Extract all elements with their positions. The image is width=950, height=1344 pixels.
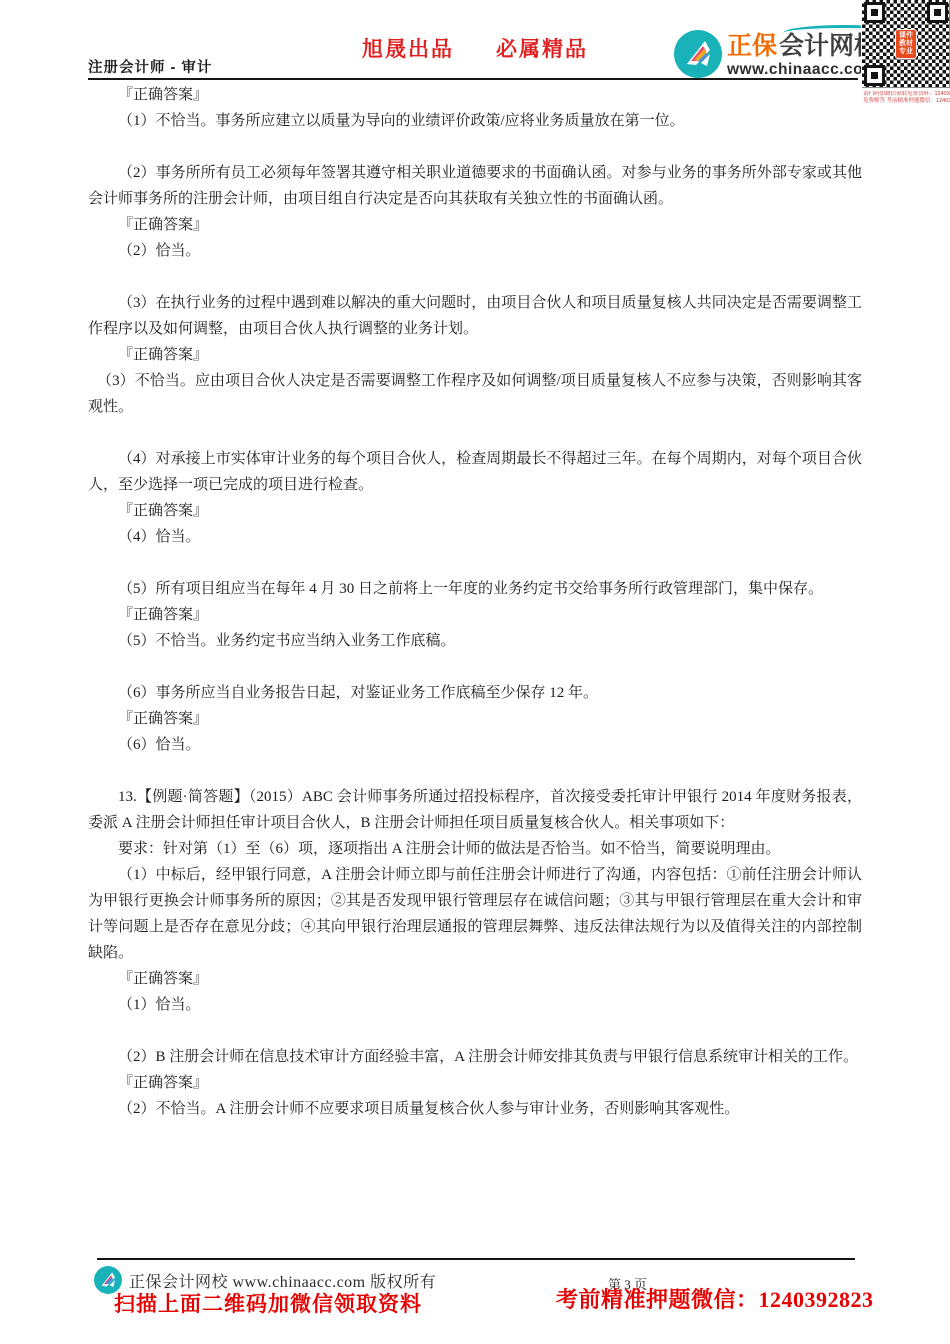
qr-center-badge: 课件 教材 专业 (895, 29, 917, 59)
qr-caption-line2: 免费解答 考前精准押题微信：1240392823 (863, 98, 950, 105)
qr-finder-icon (864, 65, 885, 86)
brand-name-orange: 正保 (727, 32, 777, 60)
blank-line (88, 654, 862, 680)
paragraph: （2）事务所所有员工必须每年签署其遵守相关职业道德要求的书面确认函。对参与业务的… (88, 160, 862, 212)
blank-line (88, 1018, 862, 1044)
paragraph: 13.【例题·简答题】（2015）ABC 会计师事务所通过招投标程序，首次接受委… (88, 784, 862, 836)
paragraph: 『正确答案』 (88, 342, 862, 368)
paragraph: 『正确答案』 (88, 706, 862, 732)
paragraph: （4）恰当。 (88, 524, 862, 550)
paragraph: 『正确答案』 (88, 602, 862, 628)
brand-url: www.chinaacc.com (727, 61, 879, 79)
blank-line (88, 550, 862, 576)
qr-code-block: 课件 教材 专业 请扫码加微信领取免费资料：1240392823 免费解答 考前… (861, 0, 950, 114)
paragraph: 『正确答案』 (88, 1070, 862, 1096)
header-divider (88, 78, 858, 80)
paragraph: （3）不恰当。应由项目合伙人决定是否需要调整工作程序及如何调整/项目质量复核人不… (88, 368, 862, 420)
paragraph: （2）恰当。 (88, 238, 862, 264)
paragraph: （2）不恰当。A 注册会计师不应要求项目质量复核合伙人参与审计业务，否则影响其客… (88, 1096, 862, 1122)
paragraph: （6）事务所应当自业务报告日起，对鉴证业务工作底稿至少保存 12 年。 (88, 680, 862, 706)
paragraph: （3）在执行业务的过程中遇到难以解决的重大问题时，由项目合伙人和项目质量复核人共… (88, 290, 862, 342)
qr-caption-line1: 请扫码加微信领取免费资料：1240392823 (863, 91, 950, 98)
paragraph: （1）中标后，经甲银行同意，A 注册会计师立即与前任注册会计师进行了沟通，内容包… (88, 862, 862, 966)
footer-divider (97, 1258, 855, 1260)
paragraph: 要求：针对第（1）至（6）项，逐项指出 A 注册会计师的做法是否恰当。如不恰当，… (88, 836, 862, 862)
paragraph: （5）所有项目组应当在每年 4 月 30 日之前将上一年度的业务约定书交给事务所… (88, 576, 862, 602)
paragraph: 『正确答案』 (88, 498, 862, 524)
qr-badge-line: 教材 (899, 40, 913, 48)
qr-badge-line: 课件 (899, 32, 913, 40)
brand-logo: 正保会计网校 www.chinaacc.com (674, 30, 879, 79)
brand-logo-text: 正保会计网校 www.chinaacc.com (727, 30, 879, 79)
blank-line (88, 264, 862, 290)
paragraph: （1）恰当。 (88, 992, 862, 1018)
blank-line (88, 420, 862, 446)
paragraph: 『正确答案』 (88, 82, 862, 108)
paragraph: 『正确答案』 (88, 212, 862, 238)
footer-scan-tip: 扫描上面二维码加微信领取资料 (114, 1288, 422, 1318)
paragraph: （1）不恰当。事务所应建立以质量为导向的业绩评价政策/应将业务质量放在第一位。 (88, 108, 862, 134)
paragraph: （2）B 注册会计师在信息技术审计方面经验丰富，A 注册会计师安排其负责与甲银行… (88, 1044, 862, 1070)
blank-line (88, 758, 862, 784)
paragraph: 『正确答案』 (88, 966, 862, 992)
slogan-right: 必属精品 (496, 37, 588, 61)
footer-wechat-tip: 考前精准押题微信：1240392823 (556, 1283, 874, 1314)
blank-line (88, 134, 862, 160)
slogan-left: 旭晟出品 (362, 37, 454, 61)
paragraph: （4）对承接上市实体审计业务的每个项目合伙人，检查周期最长不得超过三年。在每个周… (88, 446, 862, 498)
qr-finder-icon (864, 2, 885, 23)
document-page: 注册会计师 - 审计 旭晟出品必属精品 正保会计网校 www.chinaacc.… (0, 0, 950, 1344)
brand-logo-icon (674, 30, 722, 78)
qr-finder-icon (927, 2, 948, 23)
qr-code: 课件 教材 专业 (862, 0, 950, 88)
qr-badge-line: 专业 (899, 48, 913, 56)
document-body: 『正确答案』（1）不恰当。事务所应建立以质量为导向的业绩评价政策/应将业务质量放… (88, 82, 862, 1122)
paragraph: （6）恰当。 (88, 732, 862, 758)
qr-caption: 请扫码加微信领取免费资料：1240392823 免费解答 考前精准押题微信：12… (861, 91, 950, 105)
paragraph: （5）不恰当。业务约定书应当纳入业务工作底稿。 (88, 628, 862, 654)
